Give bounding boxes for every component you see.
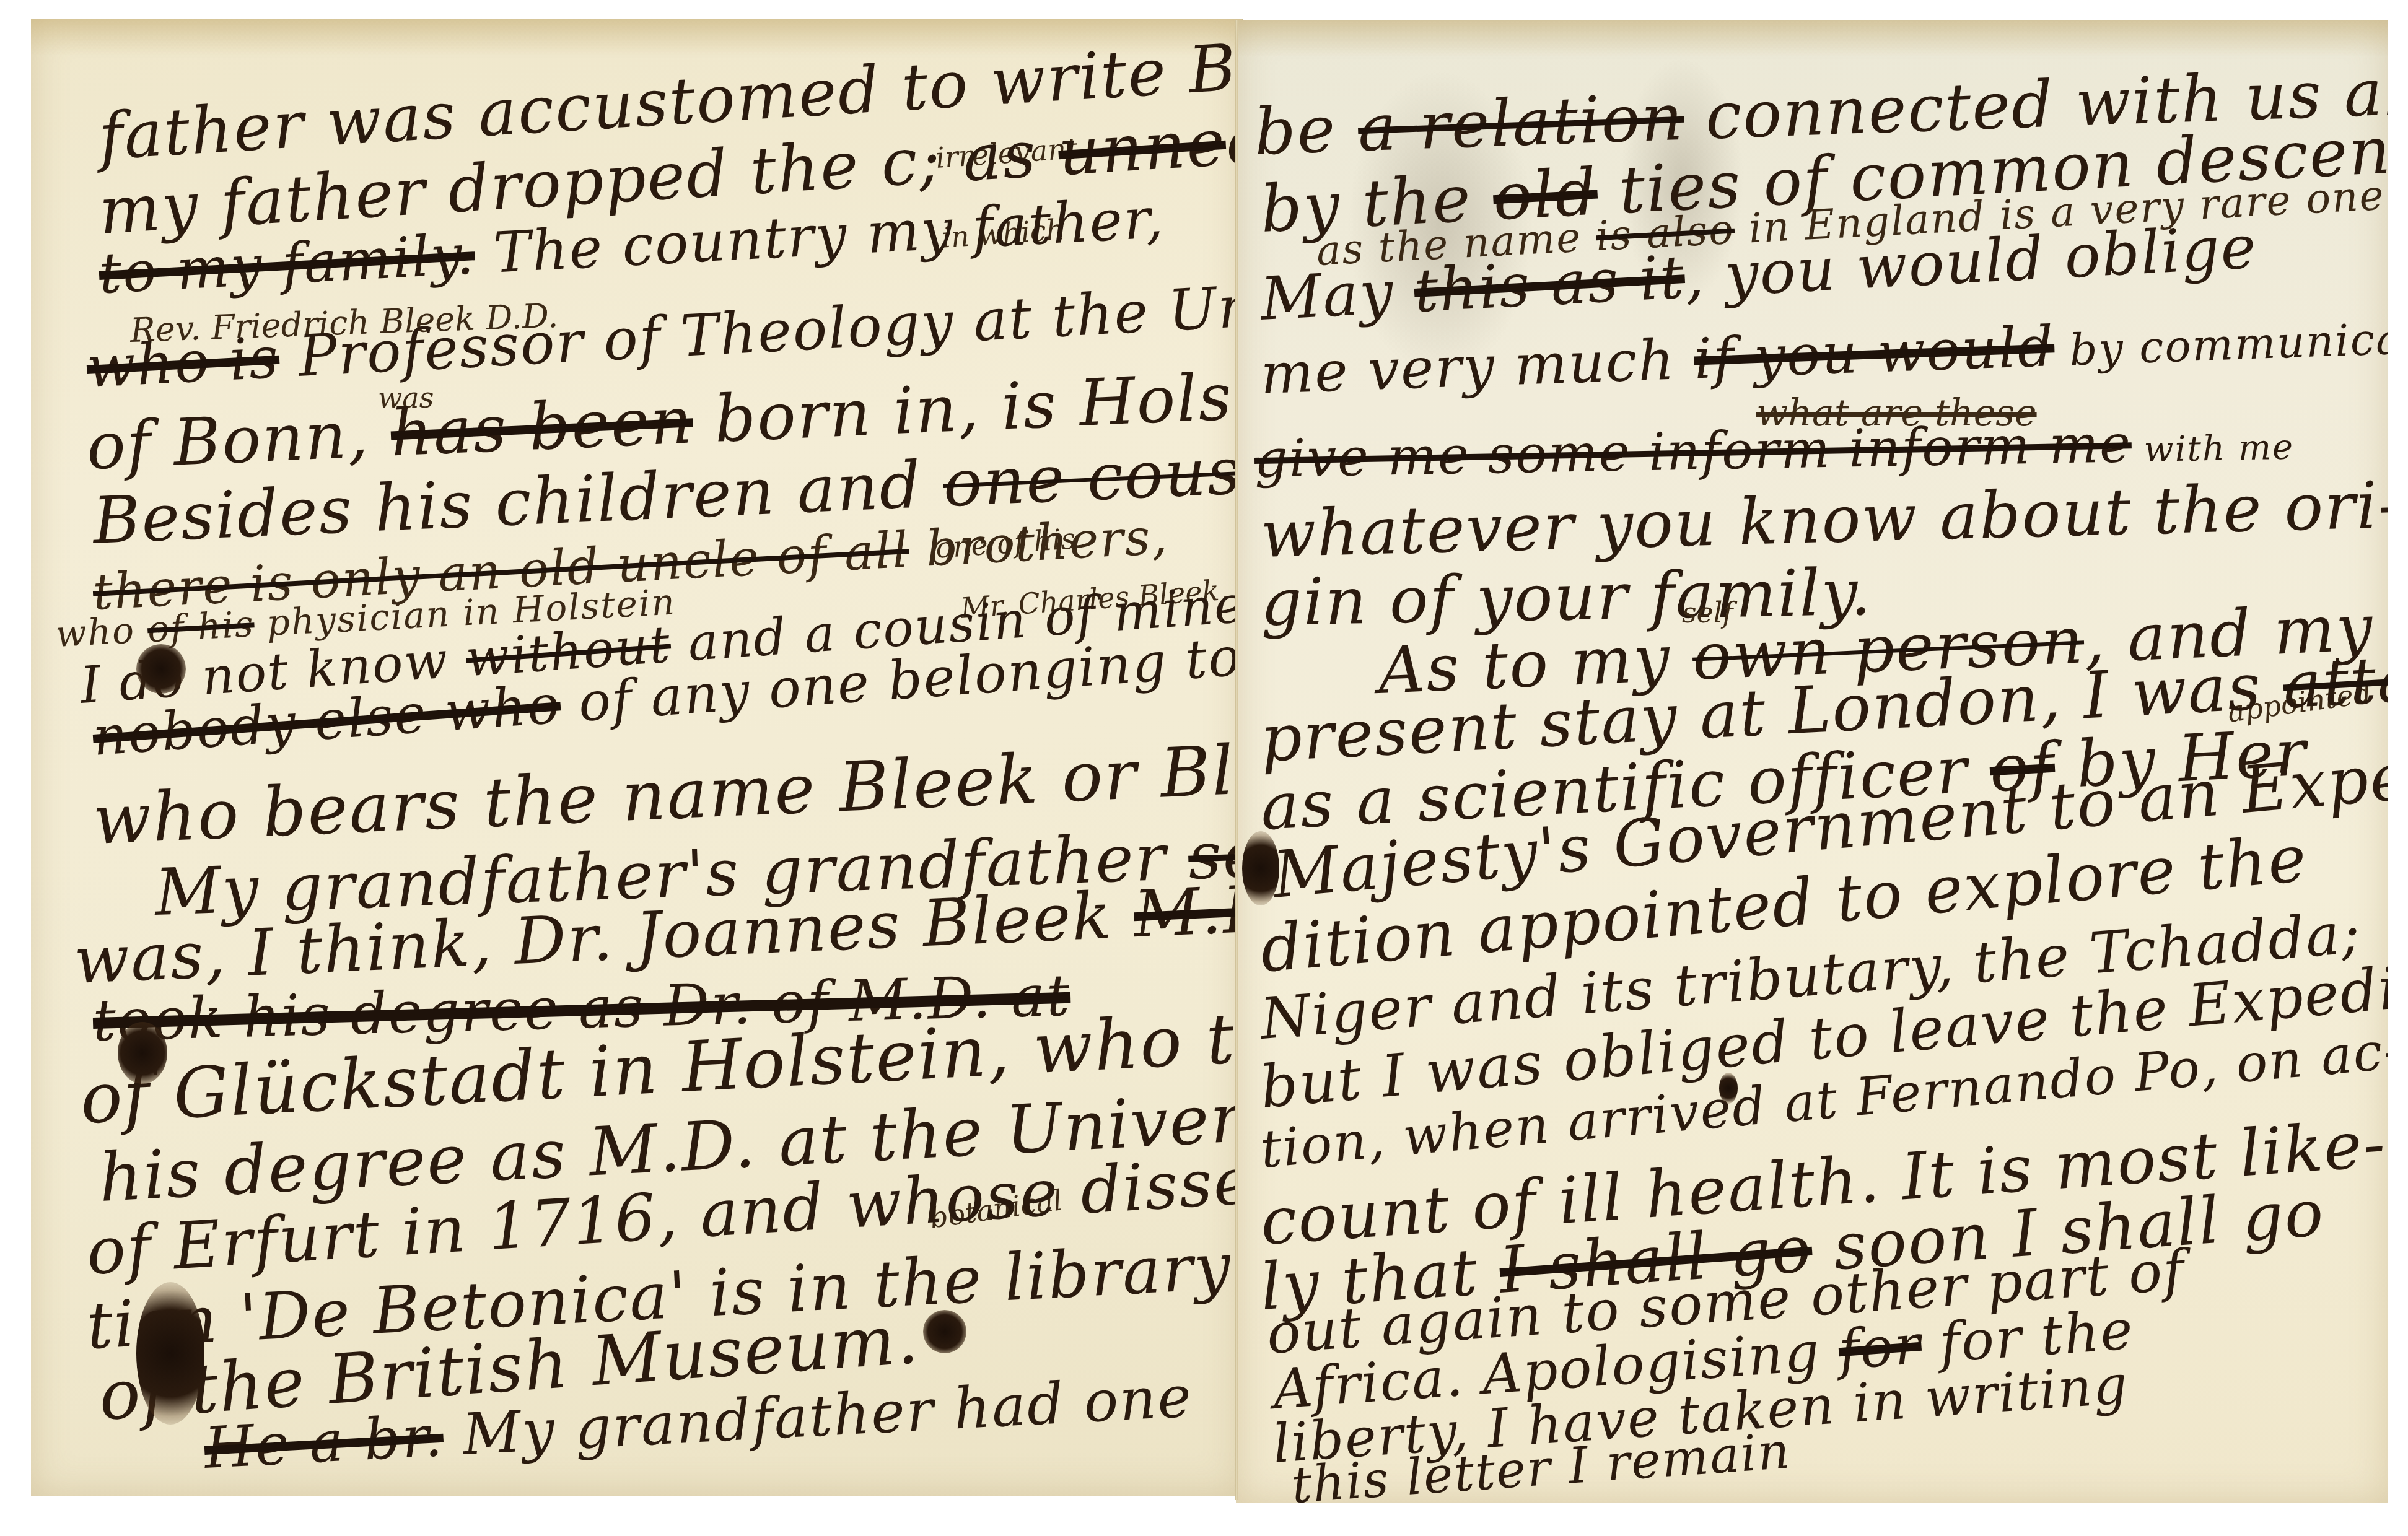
struck-word: of his — [146, 603, 255, 650]
line-text: May — [1259, 258, 1396, 334]
center-fold — [1235, 20, 1238, 1500]
ink-blot — [923, 1310, 966, 1353]
line-text: me very much — [1259, 328, 1676, 407]
struck-word: if you would — [1693, 314, 2056, 391]
line-text: who — [55, 609, 136, 655]
struck-word: who is — [85, 325, 281, 401]
line-text: be — [1253, 91, 1338, 170]
struck-word: unne — [1056, 105, 1228, 190]
ink-blot — [1242, 831, 1279, 905]
ink-blot — [136, 1282, 204, 1425]
line-text: with me — [2131, 427, 2294, 471]
aged-top-edge — [1236, 20, 2388, 57]
line-text: of Bonn, — [85, 396, 370, 484]
left-page: father was accustomed to write Bleeck, b… — [31, 19, 1243, 1496]
struck-word: He a br. — [203, 1403, 445, 1481]
struck-word: this as it — [1412, 242, 1686, 326]
letter-spread: father was accustomed to write Bleeck, b… — [0, 0, 2408, 1536]
struck-word: has been — [389, 382, 694, 471]
line-text: by communicating to me — [2054, 305, 2388, 376]
ink-blot — [1719, 1073, 1738, 1104]
ink-blot — [118, 1022, 167, 1084]
right-page: be a relation connected with us also by … — [1236, 20, 2388, 1503]
ink-blot — [136, 644, 186, 694]
